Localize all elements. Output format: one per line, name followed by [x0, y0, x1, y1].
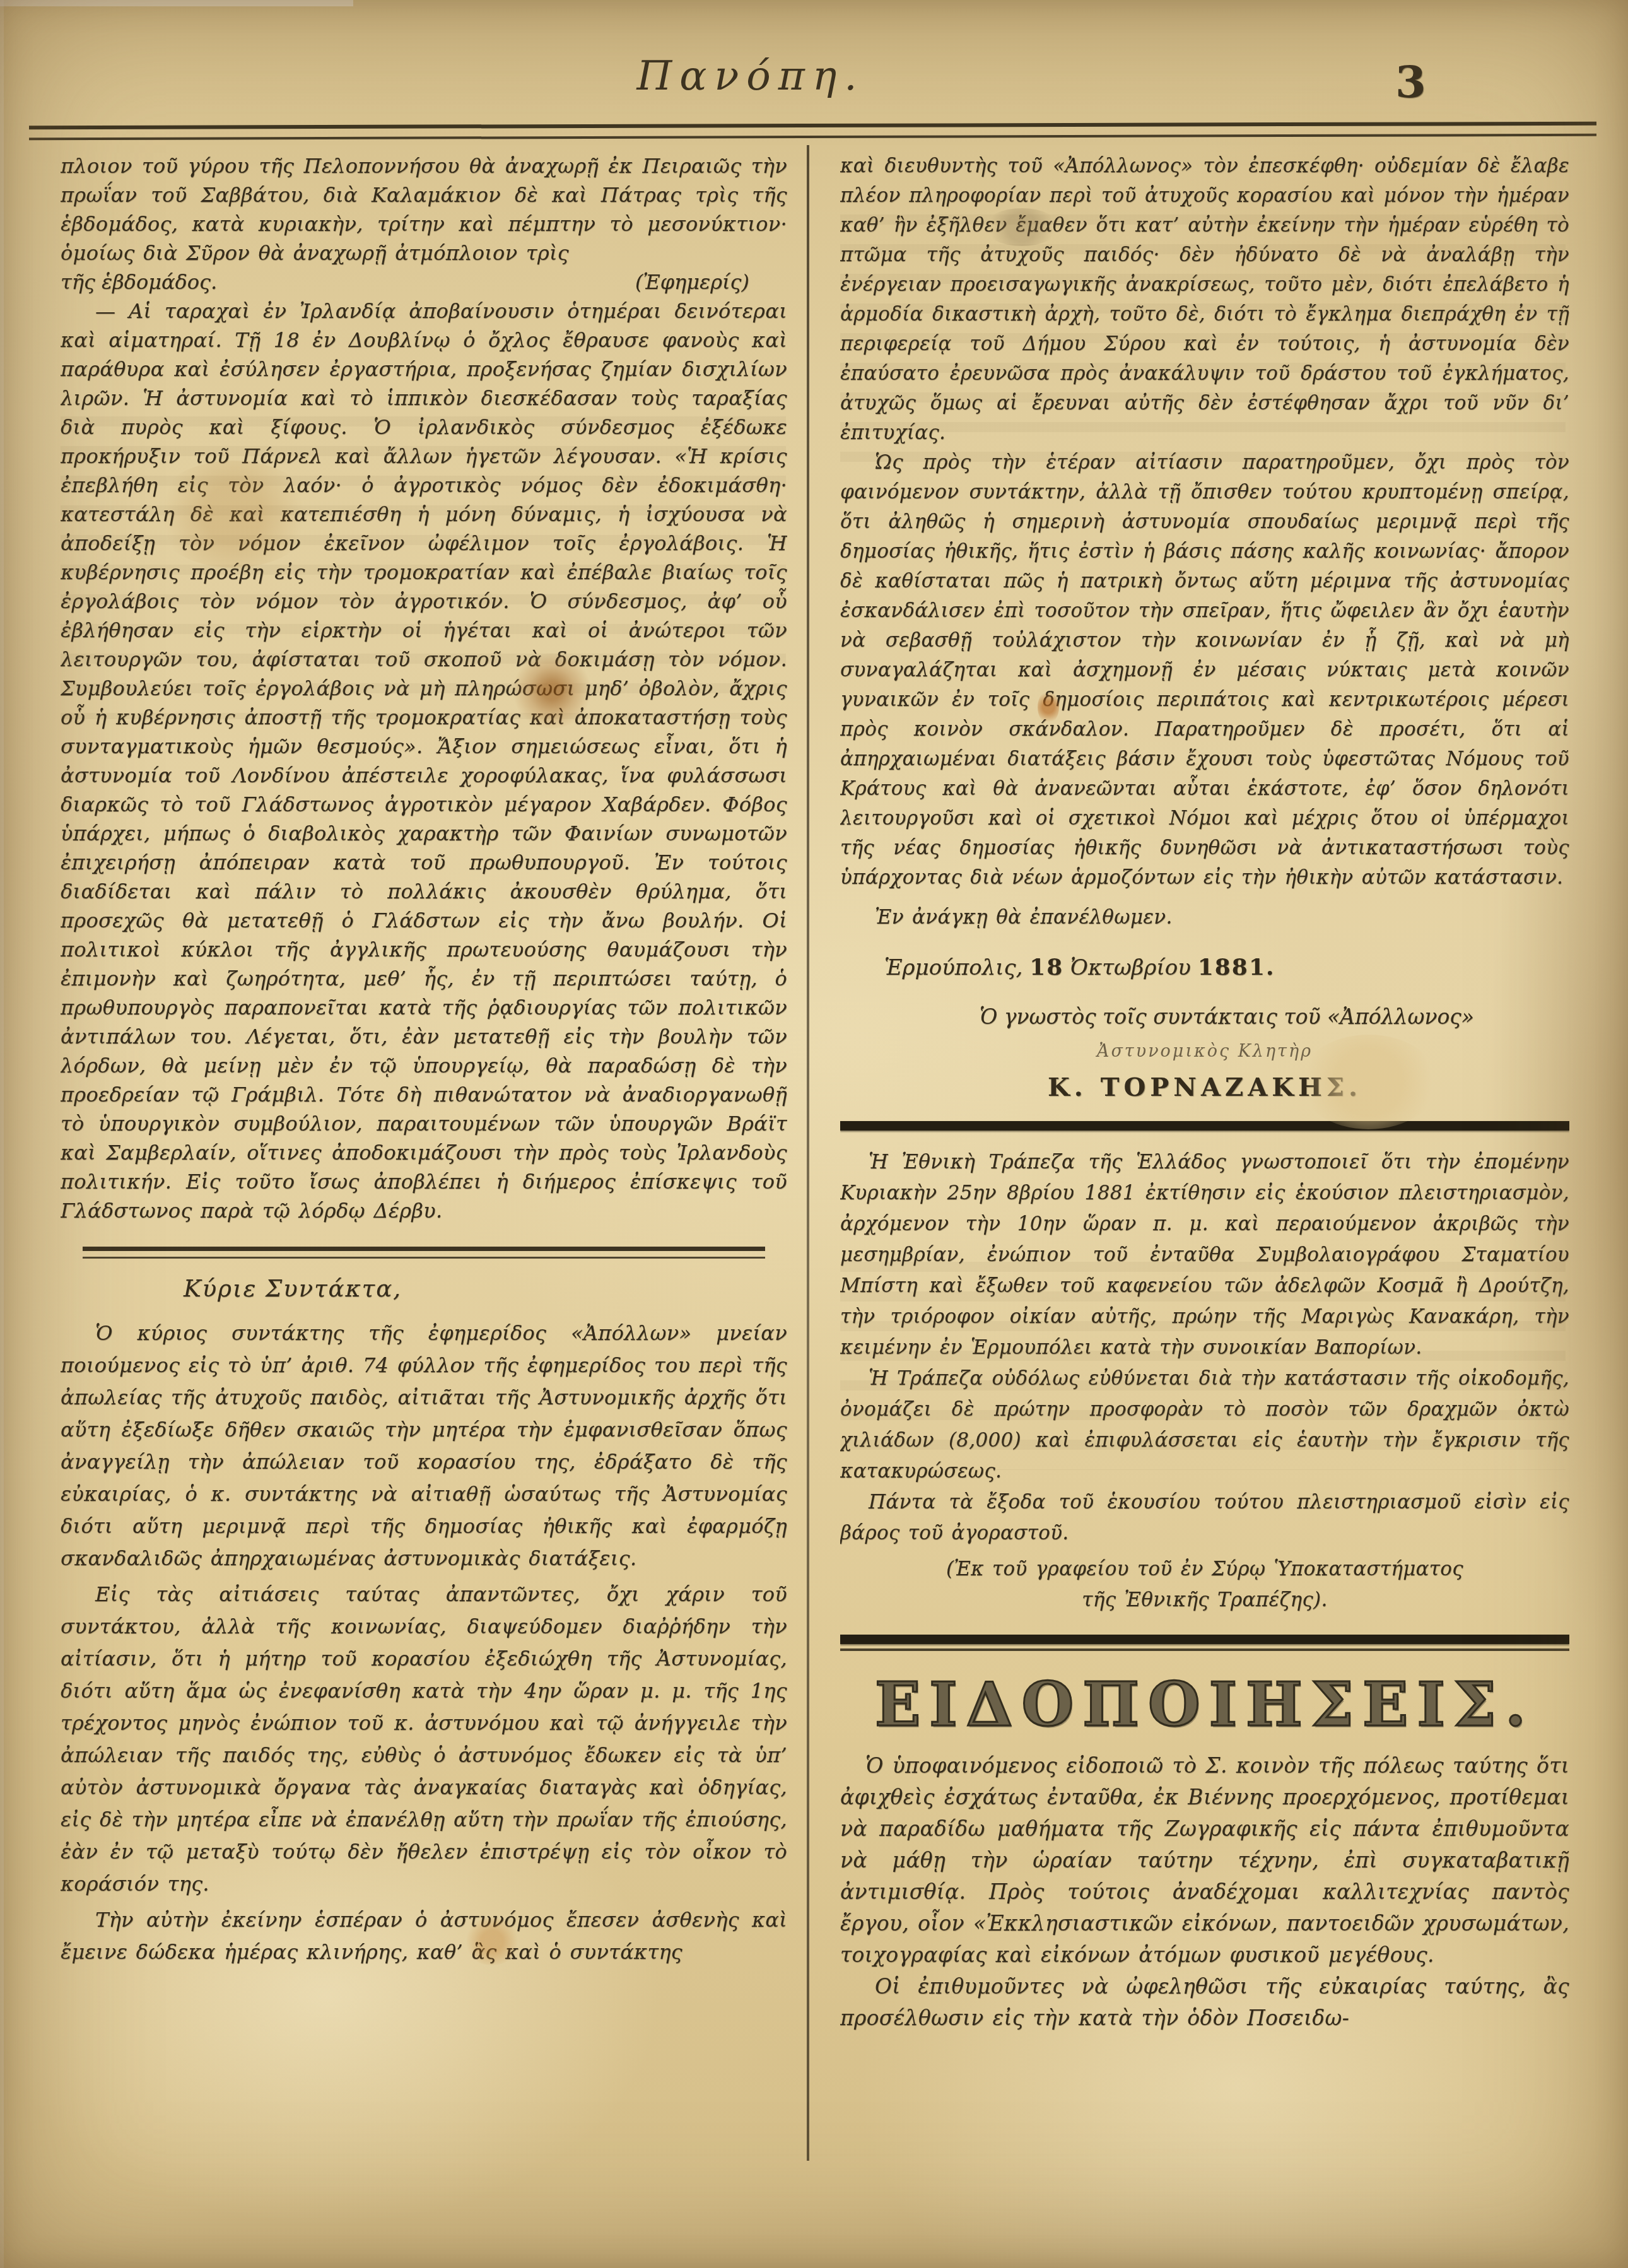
news-section: πλοιον τοῦ γύρου τῆς Πελοποννήσου θὰ ἀνα…	[61, 151, 787, 1225]
dateline-day: 18	[1029, 954, 1063, 980]
news-last-words: τῆς ἑβδομάδος.	[61, 267, 217, 297]
bank-paragraph: Πάντα τὰ ἔξοδα τοῦ ἑκουσίου τούτου πλεισ…	[840, 1487, 1569, 1549]
letter-salutation: Κύριε Συντάκτα,	[184, 1275, 787, 1302]
thin-rule	[840, 1648, 1569, 1651]
right-column: καὶ διευθυντὴς τοῦ «Ἀπόλλωνος» τὸν ἐπεσκ…	[840, 151, 1569, 2183]
dateline-month: Ὀκτωβρίου	[1070, 955, 1191, 980]
letter-paragraph: Εἰς τὰς αἰτιάσεις ταύτας ἀπαντῶντες, ὄχι…	[61, 1578, 787, 1900]
letter-paragraph: Ὁ κύριος συντάκτης τῆς ἐφημερίδος «Ἀπόλλ…	[61, 1317, 787, 1575]
bank-paragraph: Ἡ Τράπεζα οὐδόλως εὐθύνεται διὰ τὴν κατά…	[840, 1363, 1569, 1487]
announcement-paragraph: Οἱ ἐπιθυμοῦντες νὰ ὠφεληθῶσι τῆς εὐκαιρί…	[840, 1971, 1569, 2034]
column-divider-rule	[807, 145, 809, 2161]
letter-continued-section: καὶ διευθυντὴς τοῦ «Ἀπόλλωνος» τὸν ἐπεσκ…	[840, 151, 1569, 1102]
letter-section: Κύριε Συντάκτα, Ὁ κύριος συντάκτης τῆς ἐ…	[61, 1275, 787, 1968]
announcement-paragraph: Ὁ ὑποφαινόμενος εἰδοποιῶ τὸ Σ. κοινὸν τῆ…	[840, 1750, 1569, 1971]
signature-line: Ὁ γνωστὸς τοῖς συντάκταις τοῦ «Ἀπόλλωνος…	[840, 1004, 1569, 1029]
left-column: πλοιον τοῦ γύρου τῆς Πελοποννήσου θὰ ἀνα…	[61, 151, 787, 2183]
news-credit-line: τῆς ἑβδομάδος. (Ἐφημερίς)	[61, 267, 787, 297]
letter-paragraph: καὶ διευθυντὴς τοῦ «Ἀπόλλωνος» τὸν ἐπεσκ…	[840, 151, 1569, 448]
dateline: Ἑρμούπολις, 18 Ὀκτωβρίου 1881.	[884, 954, 1569, 980]
signature-name: Κ. ΤΟΡΝΑΖΑΚΗΣ.	[840, 1072, 1569, 1102]
heavy-rule	[840, 1635, 1569, 1644]
dateline-year: 1881.	[1198, 954, 1275, 980]
scan-edge-artifact	[0, 0, 4, 2268]
scan-edge-artifact	[0, 0, 353, 6]
bank-office-line: (Ἐκ τοῦ γραφείου τοῦ ἐν Σύρῳ Ὑποκαταστήμ…	[840, 1554, 1569, 1585]
newspaper-page: Πανόπη. 3 πλοιον τοῦ γύρου τῆς Πελοποννή…	[0, 0, 1628, 2268]
news-paragraph: — Αἱ ταραχαὶ ἐν Ἰρλανδίᾳ ἀποβαίνουσιν ὁτ…	[61, 297, 787, 1225]
bank-notice-section: Ἡ Ἐθνικὴ Τράπεζα τῆς Ἑλλάδος γνωστοποιεῖ…	[840, 1147, 1569, 1616]
letter-paragraph: Ὡς πρὸς τὴν ἑτέραν αἰτίασιν παρατηροῦμεν…	[840, 448, 1569, 893]
heavy-rule	[840, 1121, 1569, 1131]
bank-office-line: τῆς Ἐθνικῆς Τραπέζης).	[840, 1585, 1569, 1616]
announcements-heading: ΕΙΔΟΠΟΙΗΣΕΙΣ.	[840, 1670, 1569, 1740]
news-paragraph: πλοιον τοῦ γύρου τῆς Πελοποννήσου θὰ ἀνα…	[61, 151, 787, 267]
dateline-city: Ἑρμούπολις,	[884, 955, 1022, 980]
source-credit: (Ἐφημερίς)	[635, 267, 749, 297]
section-divider-rule	[83, 1247, 766, 1259]
announcements-section: ΕΙΔΟΠΟΙΗΣΕΙΣ. Ὁ ὑποφαινόμενος εἰδοποιῶ τ…	[840, 1670, 1569, 2034]
signature-title: Ἀστυνομικὸς Κλητὴρ	[840, 1042, 1569, 1061]
header-double-rule	[29, 122, 1596, 141]
page-number: 3	[1395, 56, 1426, 108]
masthead-title: Πανόπη.	[0, 53, 1501, 100]
letter-closing-line: Ἐν ἀνάγκῃ θὰ ἐπανέλθωμεν.	[840, 903, 1569, 932]
bank-paragraph: Ἡ Ἐθνικὴ Τράπεζα τῆς Ἑλλάδος γνωστοποιεῖ…	[840, 1147, 1569, 1363]
letter-paragraph: Τὴν αὐτὴν ἐκείνην ἑσπέραν ὁ ἀστυνόμος ἔπ…	[61, 1904, 787, 1968]
